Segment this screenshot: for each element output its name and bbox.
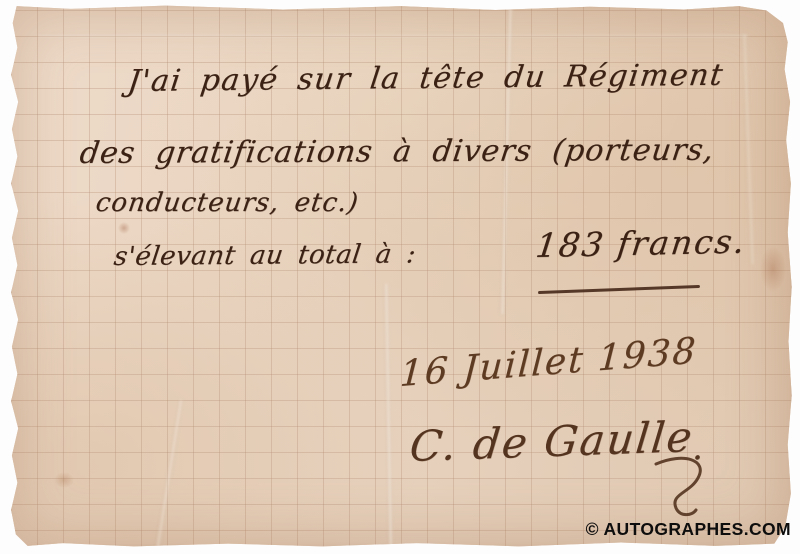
fold-crease-bottom-vertical [384,284,394,548]
signature-flourish [650,450,720,526]
manuscript-line-1: J'ai payé sur la tête du Régiment [126,58,726,99]
manuscript-line-4: s'élevant au total à : [112,239,418,272]
amount-underline [538,285,700,294]
ink-stain [54,472,74,488]
date-text: 16 Juillet 1938 [399,330,699,395]
copyright-watermark: © AUTOGRAPHES.COM [586,519,791,540]
fold-crease-top-horizontal [38,34,748,38]
fold-crease-left-diagonal [154,400,184,554]
ink-stain [118,222,130,234]
manuscript-line-2: des gratifications à divers (porteurs, [78,133,717,171]
manuscript-paper: J'ai payé sur la tête du Régiment des gr… [8,4,794,548]
amount-text: 183 francs. [534,222,749,266]
signature-period: . [692,428,703,468]
manuscript-line-3: conducteurs, etc.) [94,188,361,218]
photo-background: J'ai payé sur la tête du Régiment des gr… [0,0,800,554]
ink-stain [760,246,786,292]
